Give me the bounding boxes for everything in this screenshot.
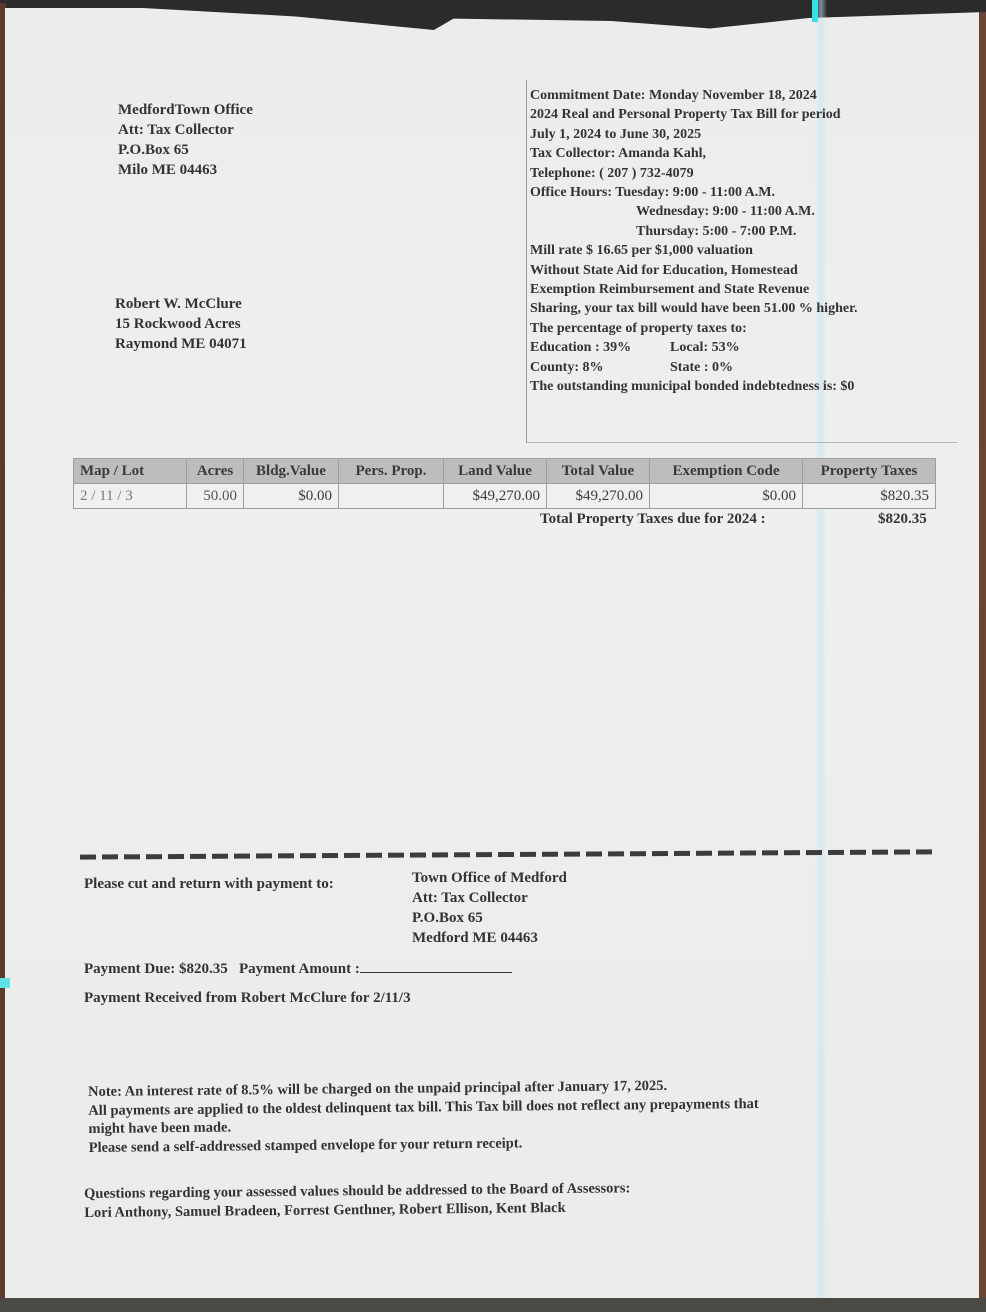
return-address-line: P.O.Box 65 [412, 908, 567, 928]
percentage-row: County: 8%State : 0% [530, 358, 858, 377]
payment-amount-field[interactable] [360, 958, 512, 973]
cell-land-value: $49,270.00 [444, 484, 547, 509]
recipient-line: Raymond ME 04071 [115, 334, 247, 354]
property-tax-table: Map / Lot Acres Bldg.Value Pers. Prop. L… [73, 458, 936, 509]
bill-title: 2024 Real and Personal Property Tax Bill… [530, 105, 858, 124]
indebtedness: The outstanding municipal bonded indebte… [530, 377, 858, 396]
sender-line: P.O.Box 65 [118, 140, 253, 160]
commitment-date: Commitment Date: Monday November 18, 202… [530, 86, 858, 105]
state-aid-note-line: Sharing, your tax bill would have been 5… [530, 299, 858, 318]
payment-due-row: Payment Due: $820.35 Payment Amount : [84, 958, 512, 979]
percentage-education: Education : 39% [530, 338, 670, 357]
assessors: Questions regarding your assessed values… [84, 1179, 631, 1223]
cell-acres: 50.00 [187, 484, 244, 509]
percentage-row: Education : 39%Local: 53% [530, 338, 858, 357]
payment-due: Payment Due: $820.35 [84, 961, 228, 977]
table-row: 2 / 11 / 3 50.00 $0.00 $49,270.00 $49,27… [74, 484, 936, 509]
recipient-address: Robert W. McClure 15 Rockwood Acres Raym… [115, 294, 247, 354]
return-instruction: Please cut and return with payment to: [84, 874, 334, 894]
table-header-row: Map / Lot Acres Bldg.Value Pers. Prop. L… [74, 459, 936, 484]
recipient-line: 15 Rockwood Acres [115, 314, 247, 334]
header-pers-prop: Pers. Prop. [339, 459, 444, 484]
cell-pers-prop [339, 484, 444, 509]
header-land-value: Land Value [444, 459, 547, 484]
percentage-heading: The percentage of property taxes to: [530, 319, 858, 338]
cell-total-value: $49,270.00 [547, 484, 650, 509]
payment-received: Payment Received from Robert McClure for… [84, 988, 411, 1008]
header-property-taxes: Property Taxes [803, 459, 936, 484]
header-total-value: Total Value [547, 459, 650, 484]
sender-line: Milo ME 04463 [118, 160, 253, 180]
return-address-line: Att: Tax Collector [412, 888, 567, 908]
office-hours-thursday: Thursday: 5:00 - 7:00 P.M. [530, 222, 858, 241]
telephone: Telephone: ( 207 ) 732-4079 [530, 164, 858, 183]
total-taxes-amount: $820.35 [878, 511, 927, 528]
percentage-state: State : 0% [670, 358, 733, 377]
return-address-line: Medford ME 04463 [412, 928, 567, 948]
office-hours-wednesday: Wednesday: 9:00 - 11:00 A.M. [530, 202, 858, 221]
return-address: Town Office of Medford Att: Tax Collecto… [412, 868, 567, 948]
light-glare-top [812, 0, 818, 22]
sender-line: Att: Tax Collector [118, 120, 253, 140]
header-exemption-code: Exemption Code [650, 459, 803, 484]
cell-map-lot: 2 / 11 / 3 [74, 484, 187, 509]
state-aid-note-line: Without State Aid for Education, Homeste… [530, 261, 858, 280]
sender-address: MedfordTown Office Att: Tax Collector P.… [118, 100, 253, 180]
payment-amount-label: Payment Amount : [239, 961, 360, 977]
bill-info: Commitment Date: Monday November 18, 202… [530, 86, 858, 397]
header-bldg-value: Bldg.Value [244, 459, 339, 484]
recipient-line: Robert W. McClure [115, 294, 247, 314]
cell-property-taxes: $820.35 [803, 484, 936, 509]
bill-period: July 1, 2024 to June 30, 2025 [530, 125, 858, 144]
header-map-lot: Map / Lot [74, 459, 187, 484]
cell-exemption-code: $0.00 [650, 484, 803, 509]
total-taxes-label: Total Property Taxes due for 2024 : [540, 511, 766, 528]
office-hours-tuesday: Office Hours: Tuesday: 9:00 - 11:00 A.M. [530, 183, 858, 202]
header-acres: Acres [187, 459, 244, 484]
return-address-line: Town Office of Medford [412, 868, 567, 888]
state-aid-note-line: Exemption Reimbursement and State Revenu… [530, 280, 858, 299]
percentage-local: Local: 53% [670, 338, 740, 357]
background-bottom [0, 1298, 986, 1312]
tax-collector: Tax Collector: Amanda Kahl, [530, 144, 858, 163]
light-glare-left [0, 978, 10, 988]
mill-rate: Mill rate $ 16.65 per $1,000 valuation [530, 241, 858, 260]
sender-line: MedfordTown Office [118, 100, 253, 120]
notes: Note: An interest rate of 8.5% will be c… [88, 1076, 759, 1157]
cell-bldg-value: $0.00 [244, 484, 339, 509]
percentage-county: County: 8% [530, 358, 670, 377]
